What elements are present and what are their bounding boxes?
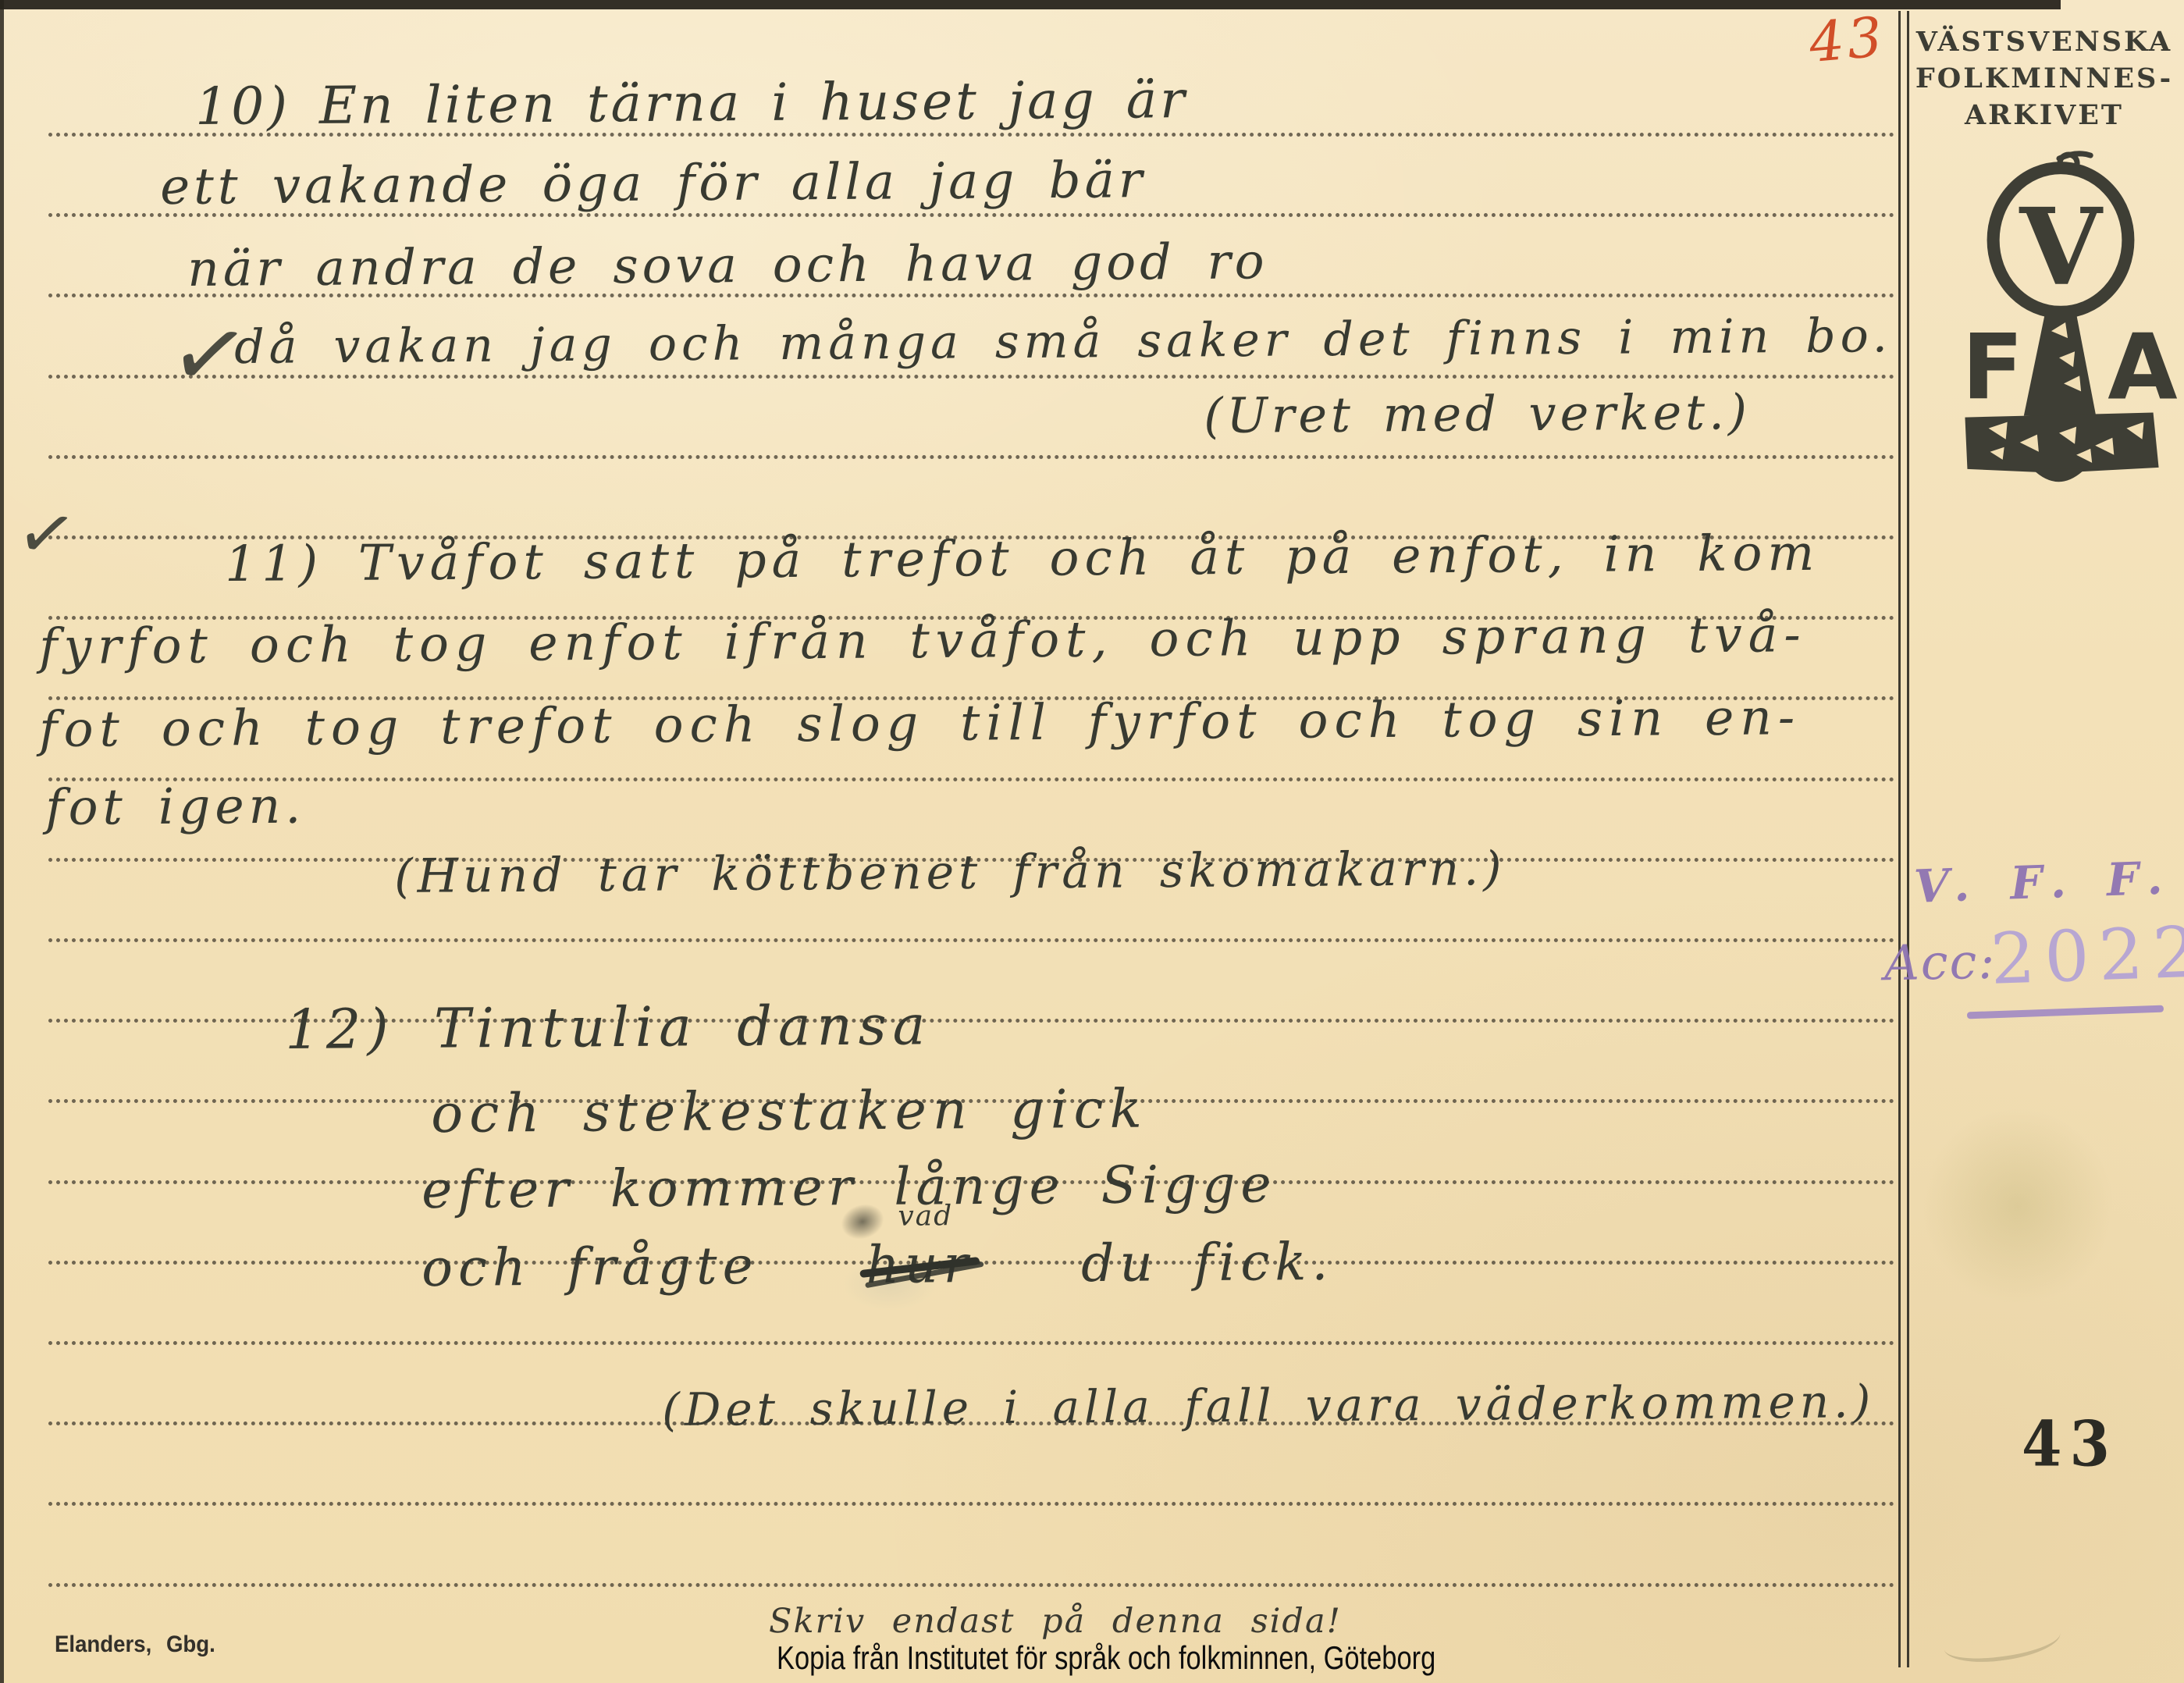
ruled-line <box>48 1502 1895 1506</box>
riddle12-line4-text-end: du fick. <box>1081 1232 1334 1293</box>
scan-caption: Kopia från Institutet för språk och folk… <box>777 1639 1435 1677</box>
riddle11-line1: 11) Tvåfot satt på trefot och åt på enfo… <box>225 525 1819 592</box>
printer-credit: Elanders, Gbg. <box>55 1631 215 1658</box>
paper-stain <box>1885 1069 2150 1343</box>
ruled-line <box>48 938 1895 942</box>
riddle10-line3: när andra de sova och hava god ro <box>187 233 1268 297</box>
stamp-underline <box>1967 1005 2164 1019</box>
riddle10-line1: 10) En liten tärna i huset jag är <box>195 69 1188 137</box>
ruled-line <box>48 1583 1895 1587</box>
riddle12-line4: och frågte hurvad du fick. <box>422 1232 1334 1298</box>
check-mark-icon: ✓ <box>10 489 83 580</box>
page-number-stamp: 43 <box>2022 1408 2118 1481</box>
riddle12-line4-text: och frågte <box>422 1236 759 1298</box>
riddle11-line2: fyrfot och tog enfot ifrån tvåfot, och u… <box>39 606 1807 675</box>
scan-edge-left <box>0 0 4 1683</box>
logo-letter-v: V <box>2019 185 2104 309</box>
riddle11-answer: (Hund tar köttbenet från skomakarn.) <box>394 841 1506 904</box>
logo-letter-a: A <box>2108 315 2177 420</box>
struck-word: hurvad <box>866 1234 973 1295</box>
riddle10-line4: då vakan jag och många små saker det fin… <box>234 308 1892 375</box>
thor-hammer-logo-icon: V F A <box>1940 144 2178 489</box>
faint-pencil-mark <box>1941 1614 2062 1668</box>
riddle11-line4: fot igen. <box>45 777 305 836</box>
archive-header: VÄSTSVENSKA FOLKMINNES- ARKIVET <box>1906 23 2182 133</box>
riddle11-line3: fot och tog trefot och slog till fyrfot … <box>39 688 1801 758</box>
riddle10-answer: (Uret med verket.) <box>1204 383 1751 444</box>
stamp-vff: V. F. F. <box>1913 851 2176 913</box>
struck-word-text: hur <box>866 1234 973 1295</box>
red-folio-number: 43 <box>1807 5 1888 75</box>
scan-edge-top <box>0 0 2061 9</box>
inserted-word: vad <box>898 1200 953 1232</box>
ruled-line <box>48 455 1895 459</box>
footer-instruction: Skriv endast på denna sida! <box>769 1602 1342 1641</box>
logo-letter-f: F <box>1962 315 2023 420</box>
margin-divider-line <box>1898 11 1909 1667</box>
stamp-acc-label: Acc: <box>1883 933 1996 991</box>
riddle12-line3: efter kommer långe Sigge <box>422 1154 1277 1220</box>
riddle10-line2: ett vakande öga för alla jag bär <box>160 151 1147 216</box>
riddle12-answer: (Det skulle i alla fall vara väderkommen… <box>662 1375 1875 1436</box>
ruled-line <box>48 1341 1895 1345</box>
archive-name-line2: FOLKMINNES- <box>1906 60 2182 97</box>
archive-name-line1: VÄSTSVENSKA <box>1906 23 2182 60</box>
riddle12-line2: och stekestaken gick <box>431 1079 1148 1145</box>
ruled-line <box>48 375 1895 379</box>
scanned-manuscript-page: 43 VÄSTSVENSKA FOLKMINNES- ARKIVET V F A <box>0 0 2184 1683</box>
ruled-line <box>48 777 1895 781</box>
archive-name-line3: ARKIVET <box>1906 97 2182 133</box>
riddle12-line1: 12) Tintulia dansa <box>285 993 932 1062</box>
stamp-acc-number: 2022 <box>1989 911 2184 1001</box>
